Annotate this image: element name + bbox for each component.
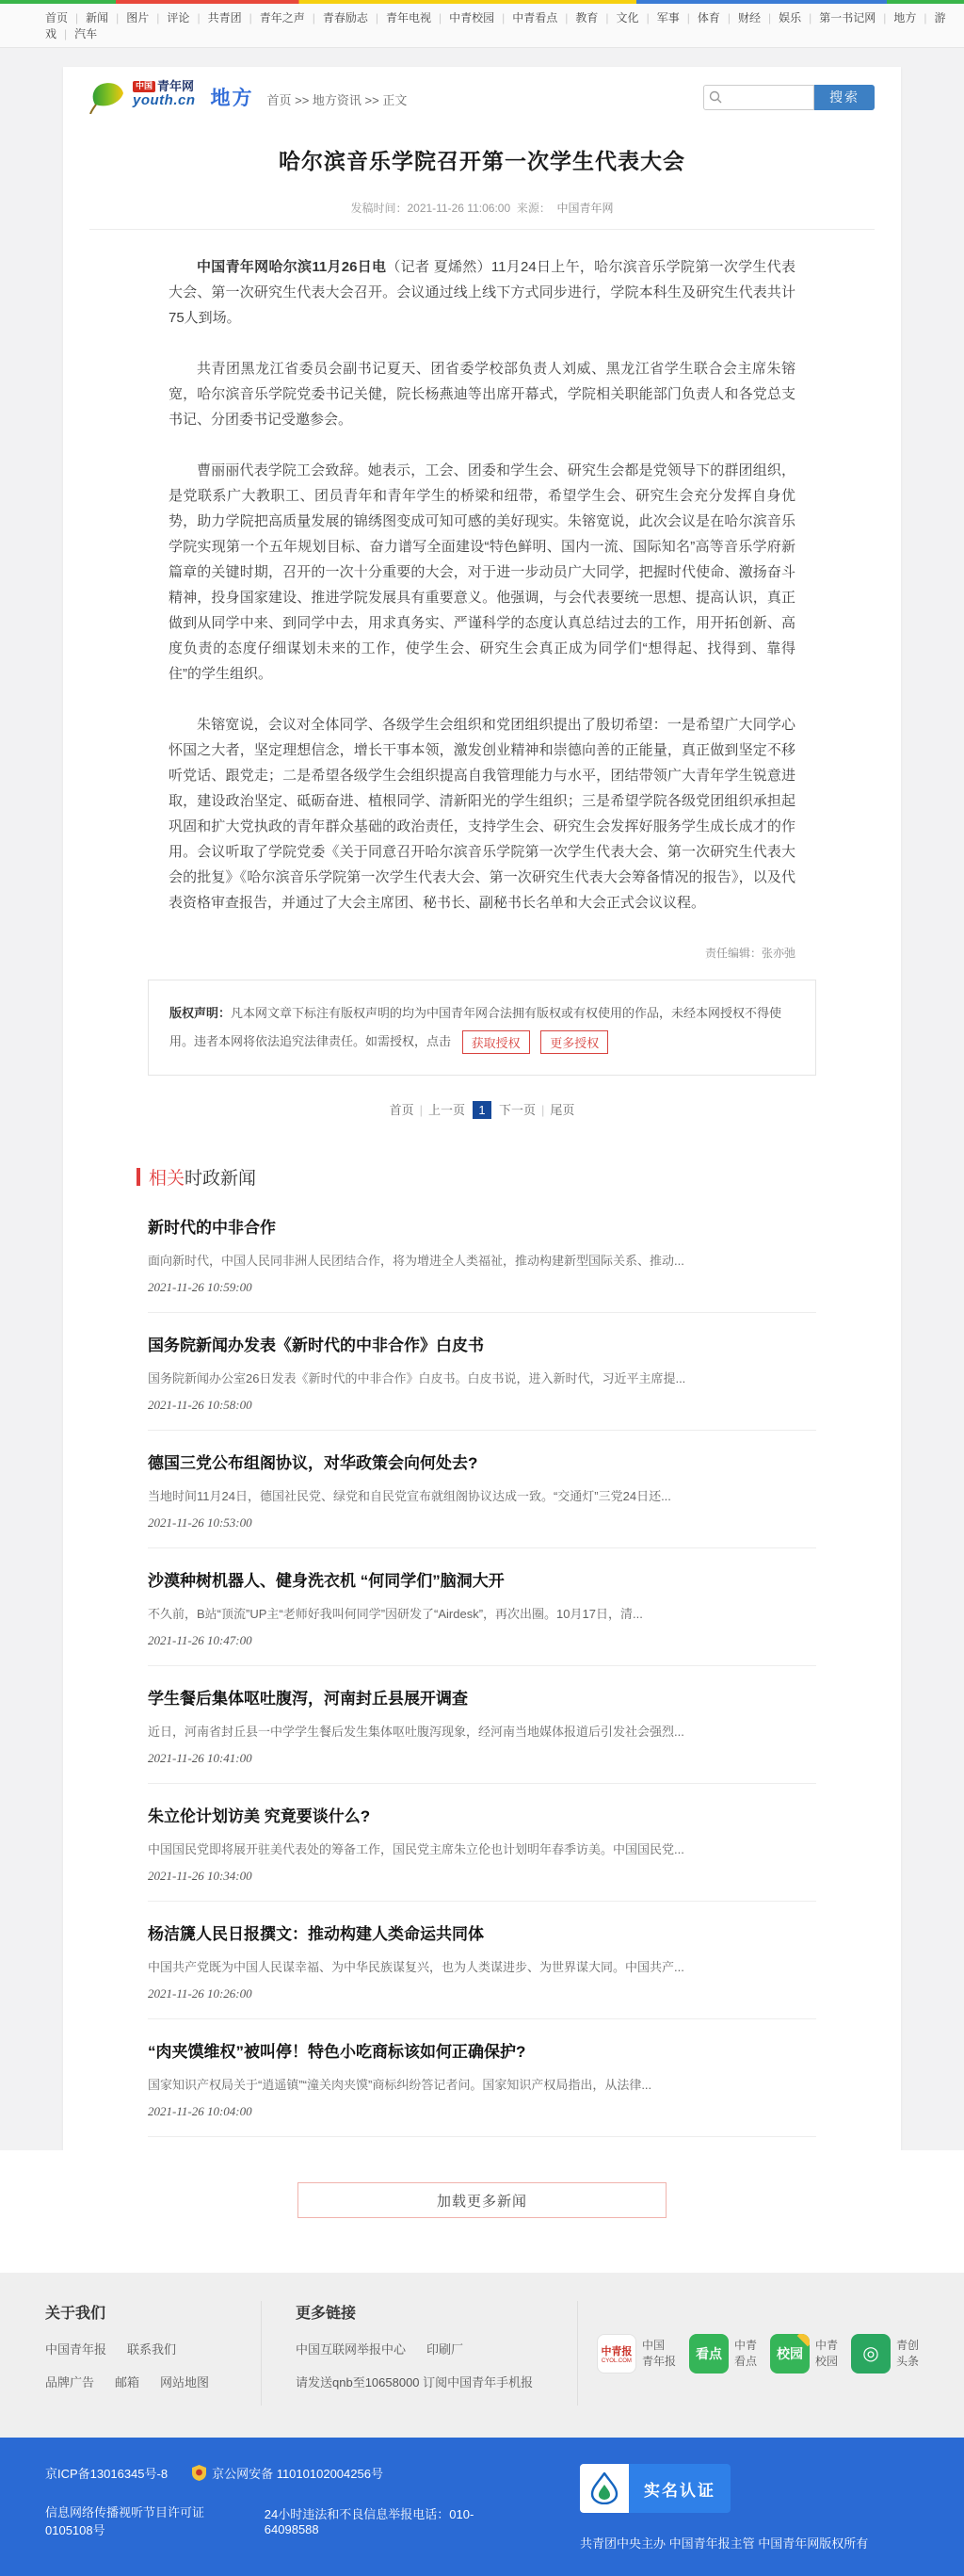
- police-record-number[interactable]: 京公网安备 11010102004256号: [212, 2464, 383, 2482]
- related-news-time: 2021-11-26 10:58:00: [148, 1398, 816, 1413]
- campus-icon: 校园: [770, 2334, 810, 2373]
- related-news-summary: 国务院新闻办公室26日发表《新时代的中非合作》白皮书。白皮书说，进入新时代，习近…: [148, 1369, 816, 1386]
- icp-number[interactable]: 京ICP备13016345号-8: [45, 2464, 168, 2482]
- meta-time-label: 发稿时间：: [350, 202, 407, 215]
- real-name-cert-badge[interactable]: 实名认证: [580, 2464, 731, 2513]
- search-button[interactable]: 搜索: [814, 85, 875, 110]
- related-news-title[interactable]: 德国三党公布组阁协议，对华政策会向何处去?: [148, 1450, 816, 1473]
- related-news-time: 2021-11-26 10:53:00: [148, 1515, 816, 1531]
- related-news-title[interactable]: “肉夹馍维权”被叫停！特色小吃商标该如何正确保护?: [148, 2038, 816, 2062]
- related-news-title[interactable]: 新时代的中非合作: [148, 1214, 816, 1238]
- footer-links-column: 更多链接 中国互联网举报中心 印刷厂 请发送qnb至10658000 订阅中国青…: [262, 2301, 578, 2406]
- editor-label: 责任编辑：: [705, 947, 762, 960]
- broadcast-license: 信息网络传播视听节目许可证0105108号: [45, 2503, 240, 2538]
- content-card: 中国 青年网 youth.cn 地方 首页 >> 地方资讯 >> 正文 搜索 哈…: [63, 67, 901, 2150]
- article-body: 中国青年网哈尔滨11月26日电（记者 夏烯然）11月24日上午，哈尔滨音乐学院第…: [63, 230, 901, 915]
- paragraph-lead: 中国青年网哈尔滨11月26日电: [197, 259, 386, 275]
- related-news-summary: 不久前，B站“顶流”UP主“老师好我叫何同学”因研发了“Airdesk”，再次出…: [148, 1604, 816, 1622]
- related-news-title[interactable]: 朱立伦计划访美 究竟要谈什么?: [148, 1803, 816, 1826]
- footer-apps-column: 中青报CYOL.COM 中国青年报 看点 中青看点 校园 中青校园 ◎ 青创头条: [578, 2301, 919, 2406]
- related-news-summary: 当地时间11月24日，德国社民党、绿党和自民党宣布就组阁协议达成一致。“交通灯”…: [148, 1486, 816, 1504]
- related-news-item: 德国三党公布组阁协议，对华政策会向何处去? 当地时间11月24日，德国社民党、绿…: [148, 1431, 816, 1548]
- topnav-item-youth-tv[interactable]: 青年电视: [386, 11, 449, 24]
- topnav-item-pictures[interactable]: 图片: [126, 11, 167, 24]
- related-news-title[interactable]: 杨洁篪人民日报撰文：推动构建人类命运共同体: [148, 1920, 816, 1944]
- topnav-item-finance[interactable]: 财经: [738, 11, 779, 24]
- channel-label[interactable]: 地方: [211, 83, 254, 111]
- pagination-prev[interactable]: 上一页: [428, 1103, 465, 1117]
- site-credits: 共青团中央主办 中国青年报主管 中国青年网版权所有: [580, 2534, 868, 2552]
- meta-source-label: 来源：: [517, 202, 551, 215]
- site-footer: 关于我们 中国青年报 联系我们 品牌广告 邮箱 网站地图 更多链接 中国互联网举…: [0, 2273, 964, 2438]
- topnav-item-education[interactable]: 教育: [575, 11, 616, 24]
- related-title: 时政新闻: [185, 1164, 256, 1190]
- load-more-section: 加载更多新闻: [0, 2150, 964, 2273]
- footer-link-mailbox[interactable]: 邮箱: [115, 2373, 139, 2390]
- legal-footer: 京ICP备13016345号-8 京公网安备 11010102004256号 信…: [0, 2438, 964, 2576]
- related-news-time: 2021-11-26 10:59:00: [148, 1280, 816, 1295]
- editor-line: 责任编辑：张亦弛: [63, 941, 901, 961]
- app-qingchuang-toutiao[interactable]: ◎ 青创头条: [851, 2334, 919, 2373]
- section-marker-bar: [137, 1168, 140, 1186]
- related-news-time: 2021-11-26 10:04:00: [148, 2104, 816, 2119]
- related-news-item: 学生餐后集体呕吐腹泻，河南封丘县展开调查 近日，河南省封丘县一中学学生餐后发生集…: [148, 1666, 816, 1784]
- report-hotline: 24小时违法和不良信息举报电话：010-64098588: [265, 2504, 499, 2536]
- search-icon: [709, 90, 722, 104]
- related-news-time: 2021-11-26 10:34:00: [148, 1869, 816, 1884]
- related-news-item: 国务院新闻办发表《新时代的中非合作》白皮书 国务院新闻办公室26日发表《新时代的…: [148, 1313, 816, 1431]
- app-cyd-newspaper[interactable]: 中青报CYOL.COM 中国青年报: [597, 2334, 676, 2373]
- topnav-item-entertainment[interactable]: 娱乐: [779, 11, 819, 24]
- cyd-newspaper-icon: 中青报CYOL.COM: [597, 2334, 636, 2373]
- related-news-item: 朱立伦计划访美 究竟要谈什么? 中国国民党即将展开驻美代表处的筹备工作，国民党主…: [148, 1784, 816, 1902]
- ginkgo-leaf-icon: [89, 80, 129, 114]
- search-bar: 搜索: [703, 85, 875, 110]
- topnav-item-campus[interactable]: 中青校园: [449, 11, 512, 24]
- related-news-item: “肉夹馍维权”被叫停！特色小吃商标该如何正确保护? 国家知识产权局关于“逍遥镇”…: [148, 2019, 816, 2137]
- pagination-next[interactable]: 下一页: [499, 1103, 536, 1117]
- topnav-item-youth-voice[interactable]: 青年之声: [260, 11, 323, 24]
- pagination-current-page[interactable]: 1: [473, 1101, 491, 1119]
- related-news-summary: 中国共产党既为中国人民谋幸福、为中华民族谋复兴，也为人类谋进步、为世界谋大同。中…: [148, 1957, 816, 1975]
- related-news-item: 杨洁篪人民日报撰文：推动构建人类命运共同体 中国共产党既为中国人民谋幸福、为中华…: [148, 1902, 816, 2019]
- footer-link-cyd[interactable]: 中国青年报: [45, 2340, 106, 2357]
- load-more-button[interactable]: 加载更多新闻: [297, 2182, 667, 2218]
- related-news-title[interactable]: 学生餐后集体呕吐腹泻，河南封丘县展开调查: [148, 1685, 816, 1709]
- related-news-summary: 面向新时代，中国人民同非洲人民团结合作，将为增进全人类福祉，推动构建新型国际关系…: [148, 1251, 816, 1269]
- footer-link-sitemap[interactable]: 网站地图: [160, 2373, 209, 2390]
- editor-name: 张亦弛: [762, 947, 795, 960]
- site-header: 中国 青年网 youth.cn 地方 首页 >> 地方资讯 >> 正文 搜索: [63, 67, 901, 123]
- pagination-first[interactable]: 首页: [390, 1103, 414, 1117]
- spacer: [0, 48, 964, 67]
- paragraph-text: 共青团黑龙江省委员会副书记夏天、团省委学校部负责人刘威、黑龙江省学生联合会主席朱…: [169, 361, 795, 428]
- logo-domain: youth.cn: [133, 93, 196, 109]
- related-news-summary: 近日，河南省封丘县一中学学生餐后发生集体呕吐腹泻现象，经河南当地媒体报道后引发社…: [148, 1722, 816, 1740]
- article-meta: 发稿时间：2021-11-26 11:06:00 来源： 中国青年网: [63, 200, 901, 216]
- app-kandian[interactable]: 看点 中青看点: [689, 2334, 757, 2373]
- more-authorization-button[interactable]: 更多授权: [540, 1030, 608, 1054]
- site-logo[interactable]: 中国 青年网 youth.cn: [89, 80, 196, 114]
- top-navigation: 首页新闻图片评论共青团青年之声青春励志青年电视中青校园中青看点教育文化军事体育财…: [0, 4, 964, 48]
- paragraph-text: 朱镕宽说，会议对全体同学、各级学生会组织和党团组织提出了殷切希望：一是希望广大同…: [169, 717, 795, 911]
- article-paragraph: 共青团黑龙江省委员会副书记夏天、团省委学校部负责人刘威、黑龙江省学生联合会主席朱…: [169, 356, 795, 432]
- related-news-summary: 国家知识产权局关于“逍遥镇”“潼关肉夹馍”商标纠纷答记者问。国家知识产权局指出，…: [148, 2075, 816, 2093]
- kandian-icon: 看点: [689, 2334, 729, 2373]
- related-news-item: 沙漠种树机器人、健身洗衣机 “何同学们”脑洞大开 不久前，B站“顶流”UP主“老…: [148, 1548, 816, 1666]
- footer-sms-subscribe: 请发送qnb至10658000 订阅中国青年手机报: [296, 2373, 533, 2390]
- footer-link-contact[interactable]: 联系我们: [127, 2340, 176, 2357]
- pagination-last[interactable]: 尾页: [550, 1103, 574, 1117]
- topnav-item-news[interactable]: 新闻: [86, 11, 126, 24]
- related-news-time: 2021-11-26 10:41:00: [148, 1751, 816, 1766]
- paragraph-text: 曹丽丽代表学院工会致辞。她表示，工会、团委和学生会、研究生会都是党领导下的群团组…: [169, 462, 795, 682]
- copyright-notice: 版权声明：凡本网文章下标注有版权声明的均为中国青年网合法拥有版权或有权使用的作品…: [148, 980, 816, 1076]
- article-paragraph: 曹丽丽代表学院工会致辞。她表示，工会、团委和学生会、研究生会都是党领导下的群团组…: [169, 458, 795, 687]
- police-badge-icon: [192, 2465, 206, 2481]
- footer-link-report-center[interactable]: 中国互联网举报中心: [296, 2340, 406, 2357]
- topnav-item-home[interactable]: 首页: [45, 11, 86, 24]
- topnav-item-sports[interactable]: 体育: [698, 11, 738, 24]
- footer-about-column: 关于我们 中国青年报 联系我们 品牌广告 邮箱 网站地图: [45, 2301, 262, 2406]
- legal-right: 实名认证 共青团中央主办 中国青年报主管 中国青年网版权所有: [523, 2464, 919, 2552]
- breadcrumb[interactable]: 首页 >> 地方资讯 >> 正文: [267, 90, 408, 108]
- footer-link-printing[interactable]: 印刷厂: [426, 2340, 463, 2357]
- related-news-title[interactable]: 国务院新闻办发表《新时代的中非合作》白皮书: [148, 1332, 816, 1355]
- topnav-item-kandian[interactable]: 中青看点: [512, 11, 575, 24]
- legal-left: 京ICP备13016345号-8 京公网安备 11010102004256号 信…: [45, 2464, 523, 2552]
- topnav-item-league[interactable]: 共青团: [208, 11, 260, 24]
- topnav-item-comment[interactable]: 评论: [167, 11, 207, 24]
- topnav-item-inspiration[interactable]: 青春励志: [323, 11, 386, 24]
- topnav-item-military[interactable]: 军事: [657, 11, 698, 24]
- logo-brand: 青年网: [157, 80, 194, 93]
- get-authorization-button[interactable]: 获取授权: [462, 1030, 530, 1054]
- topnav-item-first-secretary[interactable]: 第一书记网: [819, 11, 893, 24]
- article-paragraph: 中国青年网哈尔滨11月26日电（记者 夏烯然）11月24日上午，哈尔滨音乐学院第…: [169, 254, 795, 331]
- footer-links-title: 更多链接: [296, 2301, 549, 2323]
- topnav-item-auto[interactable]: 汽车: [74, 27, 97, 41]
- water-drop-icon: [580, 2464, 629, 2513]
- logo-text: 中国 青年网 youth.cn: [133, 80, 196, 109]
- meta-source[interactable]: 中国青年网: [557, 202, 614, 215]
- related-news-summary: 中国国民党即将展开驻美代表处的筹备工作，国民党主席朱立伦也计划明年春季访美。中国…: [148, 1839, 816, 1857]
- related-news-item: 新时代的中非合作 面向新时代，中国人民同非洲人民团结合作，将为增进全人类福祉，推…: [148, 1195, 816, 1313]
- related-section-header: 相关 时政新闻: [137, 1164, 816, 1190]
- meta-time: 2021-11-26 11:06:00: [407, 202, 510, 215]
- copyright-label: 版权声明：: [169, 1006, 231, 1020]
- related-news-time: 2021-11-26 10:26:00: [148, 1986, 816, 2001]
- article-paragraph: 朱镕宽说，会议对全体同学、各级学生会组织和党团组织提出了殷切希望：一是希望广大同…: [169, 712, 795, 915]
- cert-label: 实名认证: [629, 2464, 731, 2513]
- article-title: 哈尔滨音乐学院召开第一次学生代表大会: [63, 144, 901, 175]
- related-title-accent: 相关: [149, 1164, 185, 1190]
- related-news-time: 2021-11-26 10:47:00: [148, 1633, 816, 1648]
- app-campus[interactable]: 校园 中青校园: [770, 2334, 838, 2373]
- footer-about-title: 关于我们: [45, 2301, 233, 2323]
- topnav-item-local[interactable]: 地方: [893, 11, 934, 24]
- logo-badge: 中国: [133, 81, 155, 92]
- related-news-title[interactable]: 沙漠种树机器人、健身洗衣机 “何同学们”脑洞大开: [148, 1567, 816, 1591]
- snail-icon: ◎: [851, 2334, 891, 2373]
- footer-link-brand-ads[interactable]: 品牌广告: [45, 2373, 94, 2390]
- topnav-item-culture[interactable]: 文化: [617, 11, 657, 24]
- pagination: 首页|上一页1下一页|尾页: [63, 1100, 901, 1119]
